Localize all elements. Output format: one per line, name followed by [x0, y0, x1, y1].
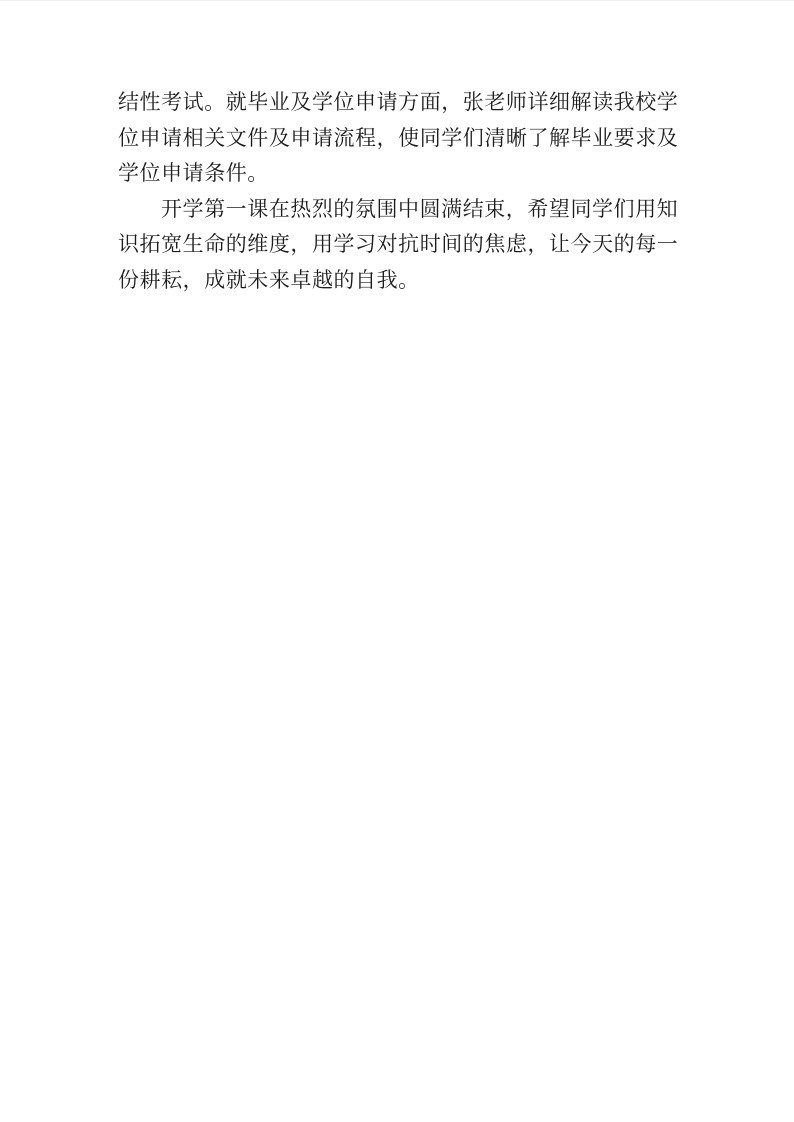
text-line: 结性考试。就毕业及学位申请方面，张老师详细解读我校学 — [118, 85, 678, 121]
text-line: 开学第一课在热烈的氛围中圆满结束，希望同学们用知 — [118, 192, 678, 228]
text-line: 学位申请条件。 — [118, 156, 678, 192]
document-body: 结性考试。就毕业及学位申请方面，张老师详细解读我校学 位申请相关文件及申请流程，… — [118, 85, 678, 298]
text-line: 份耕耘，成就未来卓越的自我。 — [118, 263, 678, 299]
paragraph-2: 开学第一课在热烈的氛围中圆满结束，希望同学们用知 识拓宽生命的维度，用学习对抗时… — [118, 192, 678, 299]
text-line: 识拓宽生命的维度，用学习对抗时间的焦虑，让今天的每一 — [118, 227, 678, 263]
paragraph-1: 结性考试。就毕业及学位申请方面，张老师详细解读我校学 位申请相关文件及申请流程，… — [118, 85, 678, 192]
text-line: 位申请相关文件及申请流程，使同学们清晰了解毕业要求及 — [118, 121, 678, 157]
document-page: 结性考试。就毕业及学位申请方面，张老师详细解读我校学 位申请相关文件及申请流程，… — [0, 0, 794, 1122]
